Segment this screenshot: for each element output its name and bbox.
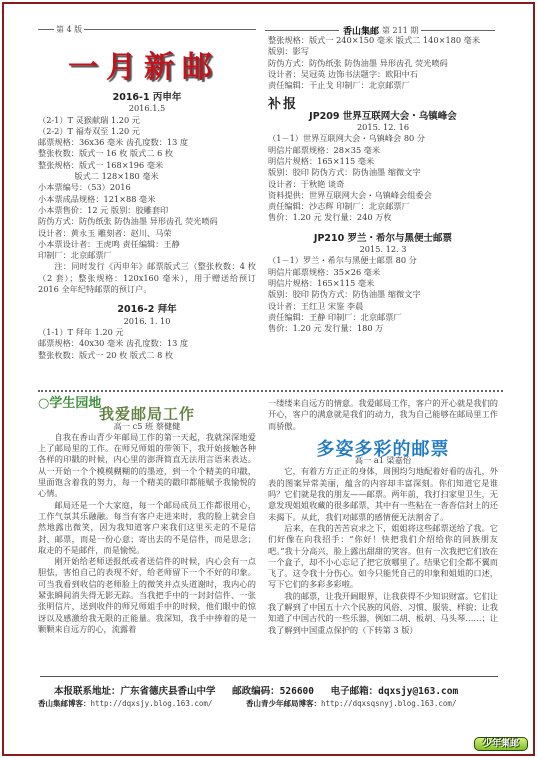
- stamp-detail: （1－1）世界互联网大会・乌镇峰会 80 分: [268, 133, 498, 144]
- footer-contact: 本报联系地址：广东省德庆县香山中学 邮政编码：526600 电子邮箱：dqxsj…: [54, 683, 458, 697]
- stamp-detail: 版别：影写: [268, 46, 498, 57]
- stamp-detail: 整张规格：版式一 168×196 毫米: [38, 160, 256, 171]
- stamp-detail: （2-2）T 福寿双至 1.20 元: [38, 126, 256, 137]
- stamp-issue-date: 2016.1.5: [38, 103, 256, 114]
- article-paragraph: 我的邮票，让我开阔眼界，让我获得不少知识财富。它们让我了解到了中国五十六个民族的…: [268, 591, 498, 636]
- stamp-detail: 设计者：黄永玉 雕刻者：赵川、马荣: [38, 228, 256, 239]
- article-title: 多姿多彩的邮票: [268, 444, 498, 455]
- supplement-label: 补报: [268, 99, 498, 110]
- stamp-detail: 售价：1.20 元 发行量：180 万: [268, 323, 498, 334]
- stamp-detail: 邮票规格：36x36 毫米 齿孔度数：13 度: [38, 137, 256, 148]
- article-paragraph: 邮局还是一个大家庭，每一个邮局成员工作都很用心，工作气氛其乐融融。每当有客户走进…: [38, 500, 256, 556]
- stamp-issue-title: 2016-1 丙申年: [38, 92, 256, 103]
- postcode-value: 526600: [280, 686, 314, 697]
- email-link[interactable]: dqxsjy@163.com: [378, 686, 458, 697]
- stamp-detail: （1－1）罗兰・希尔与黑便士邮票 80 分: [268, 255, 498, 266]
- stamp-detail: 售价：1.20 元 发行量：240 万枚: [268, 212, 498, 223]
- stamp-detail: 小本票售价：12 元 版别：胶雕套印: [38, 205, 256, 216]
- stamp-detail: 邮票规格：40x30 毫米 齿孔度数：13 度: [38, 338, 256, 349]
- article-paragraph: 它，有着方方正正的身体，周围均匀地配着好看的齿孔，外表的图案异常美丽，蕴含的内容…: [268, 466, 498, 522]
- article-byline: 高一 a1 梁嘉怡: [268, 455, 498, 466]
- stamp-detail: 小本票编号：（53）2016: [38, 182, 256, 193]
- stamp-detail: 责任编辑：沙志辉 印制厂：北京邮票厂: [268, 201, 498, 212]
- stamp-detail: 版别：胶印 防伪方式：防伪油墨 缩微文字: [268, 167, 498, 178]
- stamp-note: 注：同时发行《丙申年》邮票版式三（整张枚数：4 枚（2 套）；整张规格：120x…: [38, 261, 256, 295]
- stamp-detail: 明信片邮票规格：35×26 毫米: [268, 267, 498, 278]
- stamp-detail: 防伪方式：防伪纸张 防伪油墨 异形齿孔 荧光喷码: [38, 216, 256, 227]
- email-label: 电子邮箱：: [331, 686, 379, 697]
- stamp-detail: 版别：胶印 防伪方式：防伪油墨 缩微文字: [268, 289, 498, 300]
- stamp-detail: 防伪方式：防伪纸张 防伪油墨 异形齿孔 荧光喷码: [268, 58, 498, 69]
- stamp-detail: 明信片规格：165×115 毫米: [268, 156, 498, 167]
- stamp-issue-title: 2016-2 拜年: [38, 304, 256, 315]
- article-byline: 高一 c5 班 蔡健健: [38, 421, 256, 432]
- header-rule: [38, 29, 54, 30]
- stamp-detail: 设计者：于秋艳 谈奇: [268, 179, 498, 190]
- star-divider: [38, 390, 503, 392]
- right-column-stamps: 整张规格：版式一 240×150 毫米 版式二 140×180 毫米 版别：影写…: [268, 35, 498, 334]
- address-value: 广东省德庆县香山中学: [121, 686, 216, 697]
- footer-blog-1: 香山集邮博客：http://dqxsjy.blog.163.com/: [38, 698, 212, 709]
- left-column-stamps: 2016-1 丙申年 2016.1.5 （2-1）T 灵猴献瑞 1.20 元 （…: [38, 92, 256, 361]
- stamp-issue-date: 2015. 12. 16: [268, 122, 498, 133]
- blog2-label: 香山青少年邮局博客：: [246, 699, 321, 708]
- student-section-left: ○学生园地 我爱邮局工作 高一 c5 班 蔡健健 自我在香山青少年邮局工作的第一…: [38, 398, 256, 635]
- header-rule: [421, 30, 495, 31]
- header-rule: [265, 30, 339, 31]
- main-title: 一月新邮: [68, 42, 220, 86]
- stamp-detail: 小本票成品规格：121×88 毫米: [38, 194, 256, 205]
- stamp-issue-date: 2016. 1. 10: [38, 316, 256, 327]
- header-rule: [84, 29, 256, 30]
- stamp-issue-title: JP209 世界互联网大会・乌镇峰会: [268, 111, 498, 122]
- stamp-detail: 设计者：吴冠英 边饰书法题字：欧阳中石: [268, 69, 498, 80]
- article-continuation: 一缕缕来自远方的情意。我爱邮局工作，客户的开心就是我们的开心，客户的满意就是我们…: [268, 398, 498, 432]
- stamp-detail: 整张枚数：版式一 20 枚 版式二 8 枚: [38, 350, 256, 361]
- stamp-detail: 责任编辑：王静 印制厂：北京邮票厂: [268, 312, 498, 323]
- stamp-detail: 设计者：王红卫 宋鉴 李晨: [268, 301, 498, 312]
- article-paragraph: 后来，在我的苦苦哀求之下，姐姐将这些邮票送给了我。它们好像在向我招手：“你好！快…: [268, 523, 498, 591]
- stamp-detail: 明信片邮票规格：28×35 毫米: [268, 145, 498, 156]
- page-number: 第 4 版: [56, 24, 82, 35]
- youth-philately-logo: 少年集邮: [474, 737, 528, 751]
- blog2-link[interactable]: http://dqxsqsnyj.blog.163.com/: [321, 699, 456, 708]
- stamp-detail: （1-1）T 拜年 1.20 元: [38, 327, 256, 338]
- stamp-detail: （2-1）T 灵猴献瑞 1.20 元: [38, 115, 256, 126]
- article-paragraph: 自我在香山青少年邮局工作的第一天起，我就深深地爱上了邮局里的工作。在师兄师姐的带…: [38, 432, 256, 500]
- stamp-detail: 整张枚数：版式一 16 枚 版式二 6 枚: [38, 148, 256, 159]
- stamp-detail: 责任编辑：干止戈 印制厂：北京邮票厂: [268, 80, 498, 91]
- stamp-issue-date: 2015. 12. 3: [268, 244, 498, 255]
- stamp-issue-title: JP210 罗兰・希尔与黑便士邮票: [268, 233, 498, 244]
- postcode-label: 邮政编码：: [232, 686, 280, 697]
- stamp-detail: 印制厂：北京邮票厂: [38, 250, 256, 261]
- stamp-detail: 整张规格：版式一 240×150 毫米 版式二 140×180 毫米: [268, 35, 498, 46]
- blog1-label: 香山集邮博客：: [38, 699, 91, 708]
- student-section-right: 一缕缕来自远方的情意。我爱邮局工作，客户的开心就是我们的开心，客户的满意就是我们…: [268, 398, 498, 636]
- stamp-detail: 资料提供：世界互联网大会・乌镇峰会组委会: [268, 190, 498, 201]
- blog1-link[interactable]: http://dqxsjy.blog.163.com/: [91, 699, 213, 708]
- stamp-detail: 明信片规格：165×115 毫米: [268, 278, 498, 289]
- footer-blog-2: 香山青少年邮局博客：http://dqxsqsnyj.blog.163.com/: [246, 698, 456, 709]
- page-header-left: 第 4 版: [38, 24, 256, 35]
- article-paragraph: 刚开始给老师送报纸或者送信件的时候，内心会有一点胆怯，害怕自己的表现不好，给老师…: [38, 556, 256, 635]
- stamp-detail: 小本票设计者：王虎鸣 责任编辑：王静: [38, 239, 256, 250]
- footer-rule: [40, 676, 498, 677]
- address-label: 本报联系地址：: [54, 686, 121, 697]
- stamp-detail: 版式二 128×180 毫米: [38, 171, 256, 182]
